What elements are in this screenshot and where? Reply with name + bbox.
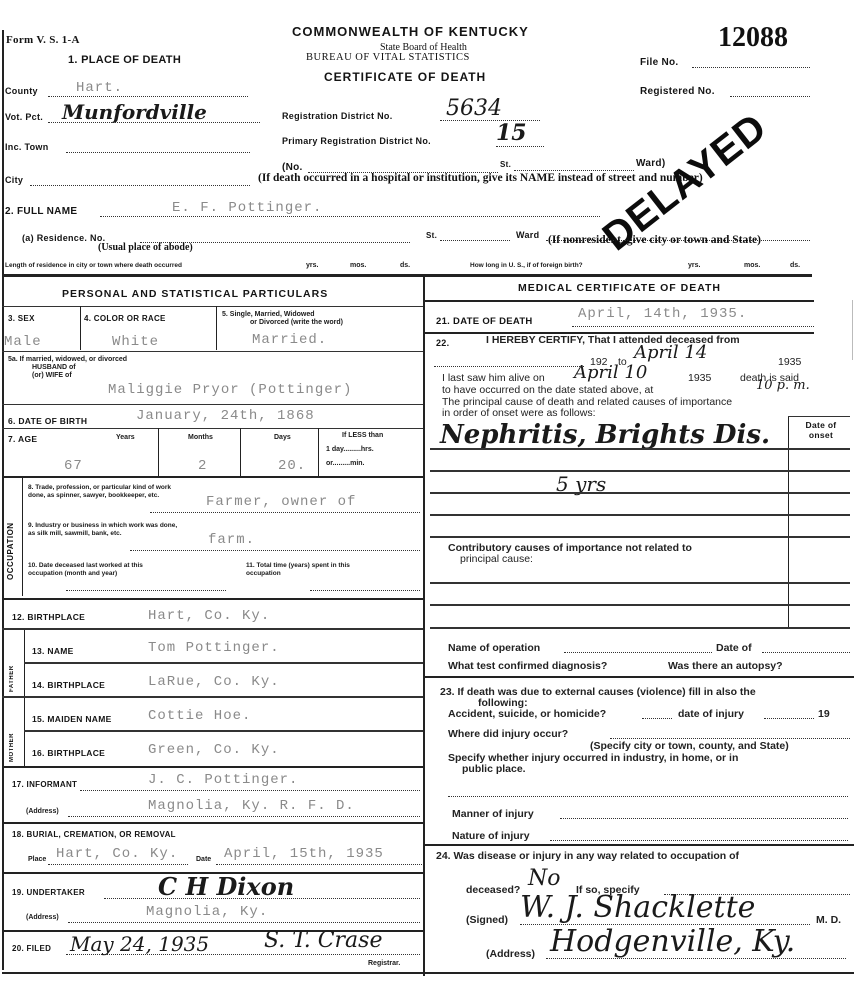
city-label: City — [5, 175, 23, 185]
dob-label: 6. DATE OF BIRTH — [8, 416, 87, 426]
mother-birthplace-value: Green, Co. Ky. — [148, 742, 280, 758]
age-div-1 — [158, 428, 159, 476]
residence-st-line — [440, 240, 510, 241]
informant-line — [80, 790, 420, 791]
days-label: Days — [274, 434, 291, 442]
physician-address-value: Hodgenville, Ky. — [550, 924, 795, 959]
months-label: Months — [188, 434, 213, 442]
father-birthplace-value: LaRue, Co. Ky. — [148, 674, 280, 690]
marital-label-1: 5. Single, Married, Widowed — [222, 311, 315, 319]
cause-line-2 — [430, 470, 850, 472]
foreign-yrs: yrs. — [688, 262, 700, 270]
foreign-birth-label: How long in U. S., if of foreign birth? — [470, 262, 583, 270]
bureau-name: BUREAU OF VITAL STATISTICS — [306, 52, 470, 63]
informant-value: J. C. Pottinger. — [148, 772, 298, 788]
burial-date-label: Date — [196, 856, 211, 864]
burial-label: 18. BURIAL, CREMATION, OR REMOVAL — [12, 830, 176, 839]
trade-line — [150, 512, 420, 513]
last-worked-label: 10. Date deceased last worked at this oc… — [28, 562, 178, 578]
operation-date-line — [762, 652, 850, 653]
race-value: White — [112, 334, 159, 350]
rule-informant — [2, 822, 423, 824]
full-name-value: E. F. Pottinger. — [172, 200, 322, 216]
filed-label: 20. FILED — [12, 944, 51, 953]
registrar-signature: S. T. Crase — [264, 928, 382, 953]
deceased-value: No — [528, 866, 561, 891]
file-no-label: File No. — [640, 57, 679, 68]
md-label: M. D. — [816, 914, 841, 926]
rule-external — [424, 844, 854, 846]
industry-value: farm. — [208, 532, 255, 548]
date-of-death-label: 21. DATE OF DEATH — [436, 316, 533, 327]
registration-district-value: 5634 — [446, 96, 502, 121]
specify-whether-line — [448, 796, 848, 797]
principal-cause-text-2: in order of onset were as follows: — [442, 407, 596, 419]
age-div-2 — [240, 428, 241, 476]
rule-personal-top — [2, 306, 423, 307]
length-residence-label: Length of residence in city or town wher… — [5, 262, 182, 270]
months-value: 2 — [198, 458, 207, 474]
city-line — [30, 185, 250, 186]
physician-address-label: (Address) — [486, 948, 535, 960]
days-value: 20. — [278, 458, 306, 474]
residence-ward-label: Ward — [516, 230, 539, 240]
years-label: Years — [116, 434, 135, 442]
primary-registration-label: Primary Registration District No. — [282, 136, 431, 146]
certificate-title: CERTIFICATE OF DEATH — [324, 70, 486, 84]
burial-place-value: Hart, Co. Ky. — [56, 846, 178, 862]
rule-filed-bottom — [2, 972, 423, 974]
burial-date-value: April, 15th, 1935 — [224, 846, 384, 862]
county-label: County — [5, 86, 38, 96]
informant-label: 17. INFORMANT — [12, 780, 77, 789]
attended-to-value: April 14 — [634, 342, 707, 363]
informant-address-value: Magnolia, Ky. R. F. D. — [148, 798, 355, 814]
rule-occupation — [2, 598, 423, 600]
undertaker-address-line — [68, 922, 420, 923]
contributory-label-2: principal cause: — [460, 553, 533, 565]
length-mos: mos. — [350, 262, 366, 270]
total-time-label: 11. Total time (years) spent in this occ… — [246, 562, 356, 578]
less-than-1: If LESS than — [342, 432, 383, 440]
mother-birthplace-label: 16. BIRTHPLACE — [32, 748, 105, 758]
st-line — [514, 170, 634, 171]
industry-line — [130, 550, 420, 551]
age-div-3 — [318, 428, 319, 476]
nonresident-note: (If nonresident, give city or town and S… — [548, 234, 761, 246]
county-line — [48, 96, 248, 97]
spouse-label-2: HUSBAND of — [32, 364, 76, 372]
undertaker-label: 19. UNDERTAKER — [12, 888, 85, 897]
father-birthplace-label: 14. BIRTHPLACE — [32, 680, 105, 690]
date-injury-label: date of injury — [678, 708, 744, 720]
sex-race-divider — [80, 306, 81, 350]
rule-age-row — [2, 476, 423, 478]
attended-from-line — [434, 366, 584, 367]
inc-town-label: Inc. Town — [5, 142, 49, 152]
deceased-label: deceased? — [466, 884, 520, 896]
mother-side-label: MOTHER — [9, 704, 15, 762]
residence-st-label: St. — [426, 231, 437, 240]
st-label: St. — [500, 160, 511, 169]
registered-no-line — [730, 96, 810, 97]
father-name-label: 13. NAME — [32, 646, 74, 656]
rule-spouse-row — [2, 404, 423, 405]
specify-city: (Specify city or town, county, and State… — [590, 740, 789, 752]
parents-side-divider — [24, 630, 25, 768]
rule-medical-title — [424, 300, 814, 302]
less-than-2: 1 day.........hrs. — [326, 446, 374, 454]
hospital-note: (If death occurred in a hospital or inst… — [258, 172, 703, 184]
where-label: Where did injury occur? — [448, 728, 568, 740]
sex-label: 3. SEX — [8, 314, 35, 323]
right-edge — [852, 300, 853, 360]
primary-registration-value: 15 — [496, 120, 527, 146]
year-prefix: 19 — [818, 708, 830, 720]
occupation-related-text: 24. Was disease or injury in any way rel… — [436, 850, 739, 862]
operation-line — [564, 652, 712, 653]
burial-place-line — [48, 864, 188, 865]
date-of-death-value: April, 14th, 1935. — [578, 306, 747, 322]
vot-pct-value: Munfordville — [62, 100, 207, 124]
rule-dob-row — [2, 428, 423, 429]
center-divider — [423, 276, 425, 976]
rule-father-name — [24, 662, 423, 664]
personal-section-title: PERSONAL AND STATISTICAL PARTICULARS — [62, 288, 328, 300]
rule-father-birthplace — [2, 696, 423, 698]
manner-line — [560, 818, 848, 819]
foreign-ds: ds. — [790, 262, 800, 270]
cause-line-5 — [430, 536, 850, 538]
last-saw-value: April 10 — [574, 362, 647, 383]
trade-label: 8. Trade, profession, or particular kind… — [28, 484, 178, 500]
form-left-border — [2, 30, 4, 970]
residence-label: (a) Residence. No. — [22, 233, 105, 243]
filed-date-value: May 24, 1935 — [70, 932, 209, 956]
father-name-value: Tom Pottinger. — [148, 640, 280, 656]
header-divider — [2, 274, 812, 277]
length-yrs: yrs. — [306, 262, 318, 270]
less-than-3: or.........min. — [326, 460, 365, 468]
date-of-onset-label: Date of onset — [796, 420, 846, 440]
nature-label: Nature of injury — [452, 830, 530, 842]
birthplace-value: Hart, Co. Ky. — [148, 608, 270, 624]
county-value: Hart. — [76, 80, 123, 96]
registered-no-label: Registered No. — [640, 86, 715, 97]
registrar-label: Registrar. — [368, 960, 400, 968]
date-of-death-line — [572, 326, 814, 327]
rule-birthplace — [2, 628, 423, 630]
race-label: 4. COLOR OR RACE — [84, 314, 166, 323]
total-time-line — [310, 590, 420, 591]
race-marital-divider — [216, 306, 217, 350]
spouse-label-3: (or) WIFE of — [32, 372, 72, 380]
inc-town-line — [66, 152, 250, 153]
primary-registration-line — [496, 146, 544, 147]
contributory-line-2 — [430, 604, 850, 606]
undertaker-signature: C H Dixon — [158, 872, 294, 901]
where-line — [610, 738, 850, 739]
length-ds: ds. — [400, 262, 410, 270]
place-of-death-heading: 1. PLACE OF DEATH — [68, 54, 181, 66]
time-value: 10 p. m. — [756, 378, 810, 393]
spouse-label-1: 5a. If married, widowed, or divorced — [8, 356, 127, 364]
physician-signature: W. J. Shacklette — [520, 890, 755, 925]
informant-address-line — [68, 816, 420, 817]
ward-label-top: Ward) — [636, 158, 665, 169]
years-value: 67 — [64, 458, 83, 474]
full-name-label: 2. FULL NAME — [5, 206, 77, 217]
cause-value: Nephritis, Brights Dis. — [440, 420, 770, 450]
burial-date-line — [216, 864, 422, 865]
signed-label: (Signed) — [466, 914, 508, 926]
accident-label: Accident, suicide, or homicide? — [448, 708, 606, 720]
undertaker-address-label: (Address) — [26, 914, 59, 922]
rule-mother-birthplace — [2, 766, 423, 768]
vot-pct-label: Vot. Pct. — [5, 112, 43, 122]
onset-top-rule — [788, 416, 850, 417]
full-name-line — [100, 216, 600, 217]
operation-label: Name of operation — [448, 642, 540, 654]
form-id: Form V. S. 1-A — [6, 34, 80, 46]
test-label: What test confirmed diagnosis? — [448, 660, 607, 672]
cause-line-1 — [430, 448, 850, 450]
sex-value: Male — [4, 334, 42, 350]
contributory-line-1 — [430, 582, 850, 584]
informant-address-label: (Address) — [26, 808, 59, 816]
mother-maiden-label: 15. MAIDEN NAME — [32, 714, 112, 724]
cause-line-4 — [430, 514, 850, 516]
contributory-line-3 — [430, 627, 850, 629]
birthplace-label: 12. BIRTHPLACE — [12, 612, 85, 622]
last-saw-text: I last saw him alive on — [442, 372, 545, 384]
operation-date-label: Date of — [716, 642, 752, 654]
accident-line — [642, 718, 672, 719]
burial-place-label: Place — [28, 856, 46, 864]
specify-whether-2: public place. — [462, 763, 526, 775]
file-number-stamp: 12088 — [718, 22, 788, 54]
occurred-text: to have occurred on the date stated abov… — [442, 384, 653, 396]
commonwealth-title: COMMONWEALTH OF KENTUCKY — [292, 24, 529, 39]
rule-sex-row — [2, 351, 423, 352]
occupation-side-divider — [22, 478, 23, 596]
spouse-value: Maliggie Pryor (Pottinger) — [108, 382, 352, 398]
marital-label-2: or Divorced (write the word) — [250, 319, 343, 327]
certify-num: 22. — [436, 338, 449, 348]
rule-mother-maiden — [24, 730, 423, 732]
attended-year: 1935 — [778, 356, 801, 368]
marital-value: Married. — [252, 332, 327, 348]
rule-bottom-right — [424, 972, 854, 974]
trade-value: Farmer, owner of — [206, 494, 356, 510]
residence-sub: (Usual place of abode) — [98, 242, 193, 253]
date-injury-line — [764, 718, 814, 719]
rule-operation — [424, 676, 854, 678]
autopsy-label: Was there an autopsy? — [668, 660, 783, 672]
medical-section-title: MEDICAL CERTIFICATE OF DEATH — [518, 282, 721, 294]
file-no-line — [692, 67, 810, 68]
dob-value: January, 24th, 1868 — [136, 408, 315, 424]
occupation-side-label: OCCUPATION — [6, 490, 15, 580]
age-label: 7. AGE — [8, 434, 37, 444]
registration-district-label: Registration District No. — [282, 111, 393, 121]
father-side-label: FATHER — [9, 634, 15, 692]
undertaker-address-value: Magnolia, Ky. — [146, 904, 268, 920]
nature-line — [550, 840, 848, 841]
manner-label: Manner of injury — [452, 808, 534, 820]
mother-maiden-value: Cottie Hoe. — [148, 708, 251, 724]
last-saw-year: 1935 — [688, 372, 711, 384]
last-worked-line — [66, 590, 226, 591]
industry-label: 9. Industry or business in which work wa… — [28, 522, 178, 538]
foreign-mos: mos. — [744, 262, 760, 270]
cause-line-3 — [430, 492, 850, 494]
